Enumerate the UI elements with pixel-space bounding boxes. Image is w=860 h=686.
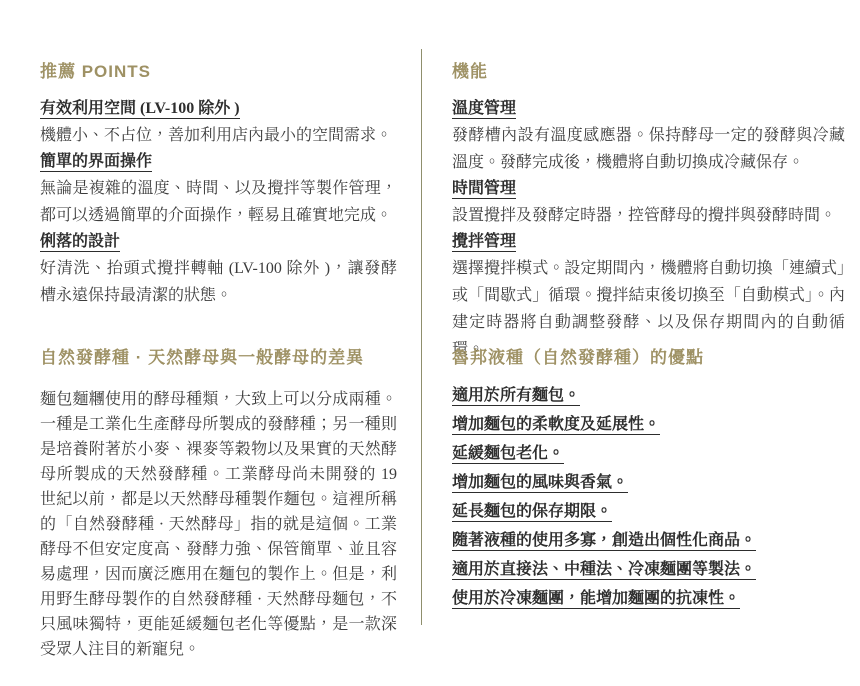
advantage-item: 延緩麵包老化。 <box>452 445 845 463</box>
function-body: 設置攪拌及發酵定時器，控管酵母的攪拌與發酵時間。 <box>452 202 845 229</box>
feature-body: 無論是複雜的溫度、時間、以及攪拌等製作管理，都可以透過簡單的介面操作，輕易且確實… <box>40 175 397 229</box>
feature-heading: 有效利用空間 (LV-100 除外 ) <box>40 96 397 122</box>
feature-heading-text: 俐落的設計 <box>40 233 120 252</box>
feature-interface: 簡單的界面操作 無論是複雜的溫度、時間、以及攪拌等製作管理，都可以透過簡單的介面… <box>40 149 397 229</box>
section-points: 推薦 POINTS 有效利用空間 (LV-100 除外 ) 機體小、不占位，善加… <box>40 62 397 309</box>
feature-heading-text: 簡單的界面操作 <box>40 153 152 172</box>
advantage-item: 適用於直接法、中種法、冷凍麵團等製法。 <box>452 561 845 579</box>
feature-design: 俐落的設計 好清洗、抬頭式攪拌轉軸 (LV-100 除外 )，讓發酵槽永遠保持最… <box>40 229 397 309</box>
advantage-item: 增加麵包的風味與香氣。 <box>452 474 845 492</box>
function-heading: 時間管理 <box>452 176 845 202</box>
function-heading-text: 攪拌管理 <box>452 233 516 252</box>
advantage-item-text: 隨著液種的使用多寡，創造出個性化商品。 <box>452 532 756 551</box>
section-levain-advantages: 魯邦液種（自然發酵種）的優點 適用於所有麵包。 增加麵包的柔軟度及延展性。 延緩… <box>452 348 845 619</box>
advantage-item: 增加麵包的柔軟度及延展性。 <box>452 416 845 434</box>
feature-heading-text: 有效利用空間 (LV-100 除外 ) <box>40 100 240 119</box>
advantages-list: 適用於所有麵包。 增加麵包的柔軟度及延展性。 延緩麵包老化。 增加麵包的風味與香… <box>452 387 845 608</box>
advantage-item-text: 適用於所有麵包。 <box>452 387 580 406</box>
points-title: 推薦 POINTS <box>40 62 397 82</box>
left-column: 推薦 POINTS 有效利用空間 (LV-100 除外 ) 機體小、不占位，善加… <box>40 62 397 309</box>
column-divider <box>421 49 422 625</box>
advantage-item-text: 增加麵包的柔軟度及延展性。 <box>452 416 660 435</box>
function-time: 時間管理 設置攪拌及發酵定時器，控管酵母的攪拌與發酵時間。 <box>452 176 845 229</box>
difference-title: 自然發酵種 · 天然酵母與一般酵母的差異 <box>40 348 397 368</box>
advantage-item-text: 適用於直接法、中種法、冷凍麵團等製法。 <box>452 561 756 580</box>
function-temperature: 溫度管理 發酵槽內設有溫度感應器。保持酵母一定的發酵與冷藏溫度。發酵完成後，機體… <box>452 96 845 176</box>
function-stir: 攪拌管理 選擇攪拌模式。設定期間內，機體將自動切換「連續式」或「間歇式」循環。攪… <box>452 229 845 363</box>
section-functions: 機能 溫度管理 發酵槽內設有溫度感應器。保持酵母一定的發酵與冷藏溫度。發酵完成後… <box>452 62 845 363</box>
right-column: 機能 溫度管理 發酵槽內設有溫度感應器。保持酵母一定的發酵與冷藏溫度。發酵完成後… <box>452 62 845 363</box>
functions-title: 機能 <box>452 62 845 82</box>
function-heading-text: 溫度管理 <box>452 100 516 119</box>
function-body: 發酵槽內設有溫度感應器。保持酵母一定的發酵與冷藏溫度。發酵完成後，機體將自動切換… <box>452 122 845 176</box>
advantage-item-text: 使用於冷凍麵團，能增加麵團的抗凍性。 <box>452 590 740 609</box>
section-yeast-difference: 自然發酵種 · 天然酵母與一般酵母的差異 麵包麵糰使用的酵母種類，大致上可以分成… <box>40 348 397 662</box>
advantage-item: 適用於所有麵包。 <box>452 387 845 405</box>
function-body: 選擇攪拌模式。設定期間內，機體將自動切換「連續式」或「間歇式」循環。攪拌結束後切… <box>452 255 845 363</box>
difference-paragraph: 麵包麵糰使用的酵母種類，大致上可以分成兩種。一種是工業化生產酵母所製成的發酵種；… <box>40 387 397 662</box>
function-heading: 攪拌管理 <box>452 229 845 255</box>
advantage-item: 延長麵包的保存期限。 <box>452 503 845 521</box>
advantage-item-text: 延緩麵包老化。 <box>452 445 564 464</box>
feature-space: 有效利用空間 (LV-100 除外 ) 機體小、不占位，善加利用店內最小的空間需… <box>40 96 397 149</box>
advantage-item-text: 增加麵包的風味與香氣。 <box>452 474 628 493</box>
advantage-item-text: 延長麵包的保存期限。 <box>452 503 612 522</box>
advantage-item: 使用於冷凍麵團，能增加麵團的抗凍性。 <box>452 590 845 608</box>
function-heading: 溫度管理 <box>452 96 845 122</box>
function-heading-text: 時間管理 <box>452 180 516 199</box>
document-page: 推薦 POINTS 有效利用空間 (LV-100 除外 ) 機體小、不占位，善加… <box>0 0 860 686</box>
advantage-item: 隨著液種的使用多寡，創造出個性化商品。 <box>452 532 845 550</box>
feature-body: 好清洗、抬頭式攪拌轉軸 (LV-100 除外 )，讓發酵槽永遠保持最清潔的狀態。 <box>40 255 397 309</box>
feature-body: 機體小、不占位，善加利用店內最小的空間需求。 <box>40 122 397 149</box>
feature-heading: 俐落的設計 <box>40 229 397 255</box>
advantages-title: 魯邦液種（自然發酵種）的優點 <box>452 348 845 368</box>
feature-heading: 簡單的界面操作 <box>40 149 397 175</box>
